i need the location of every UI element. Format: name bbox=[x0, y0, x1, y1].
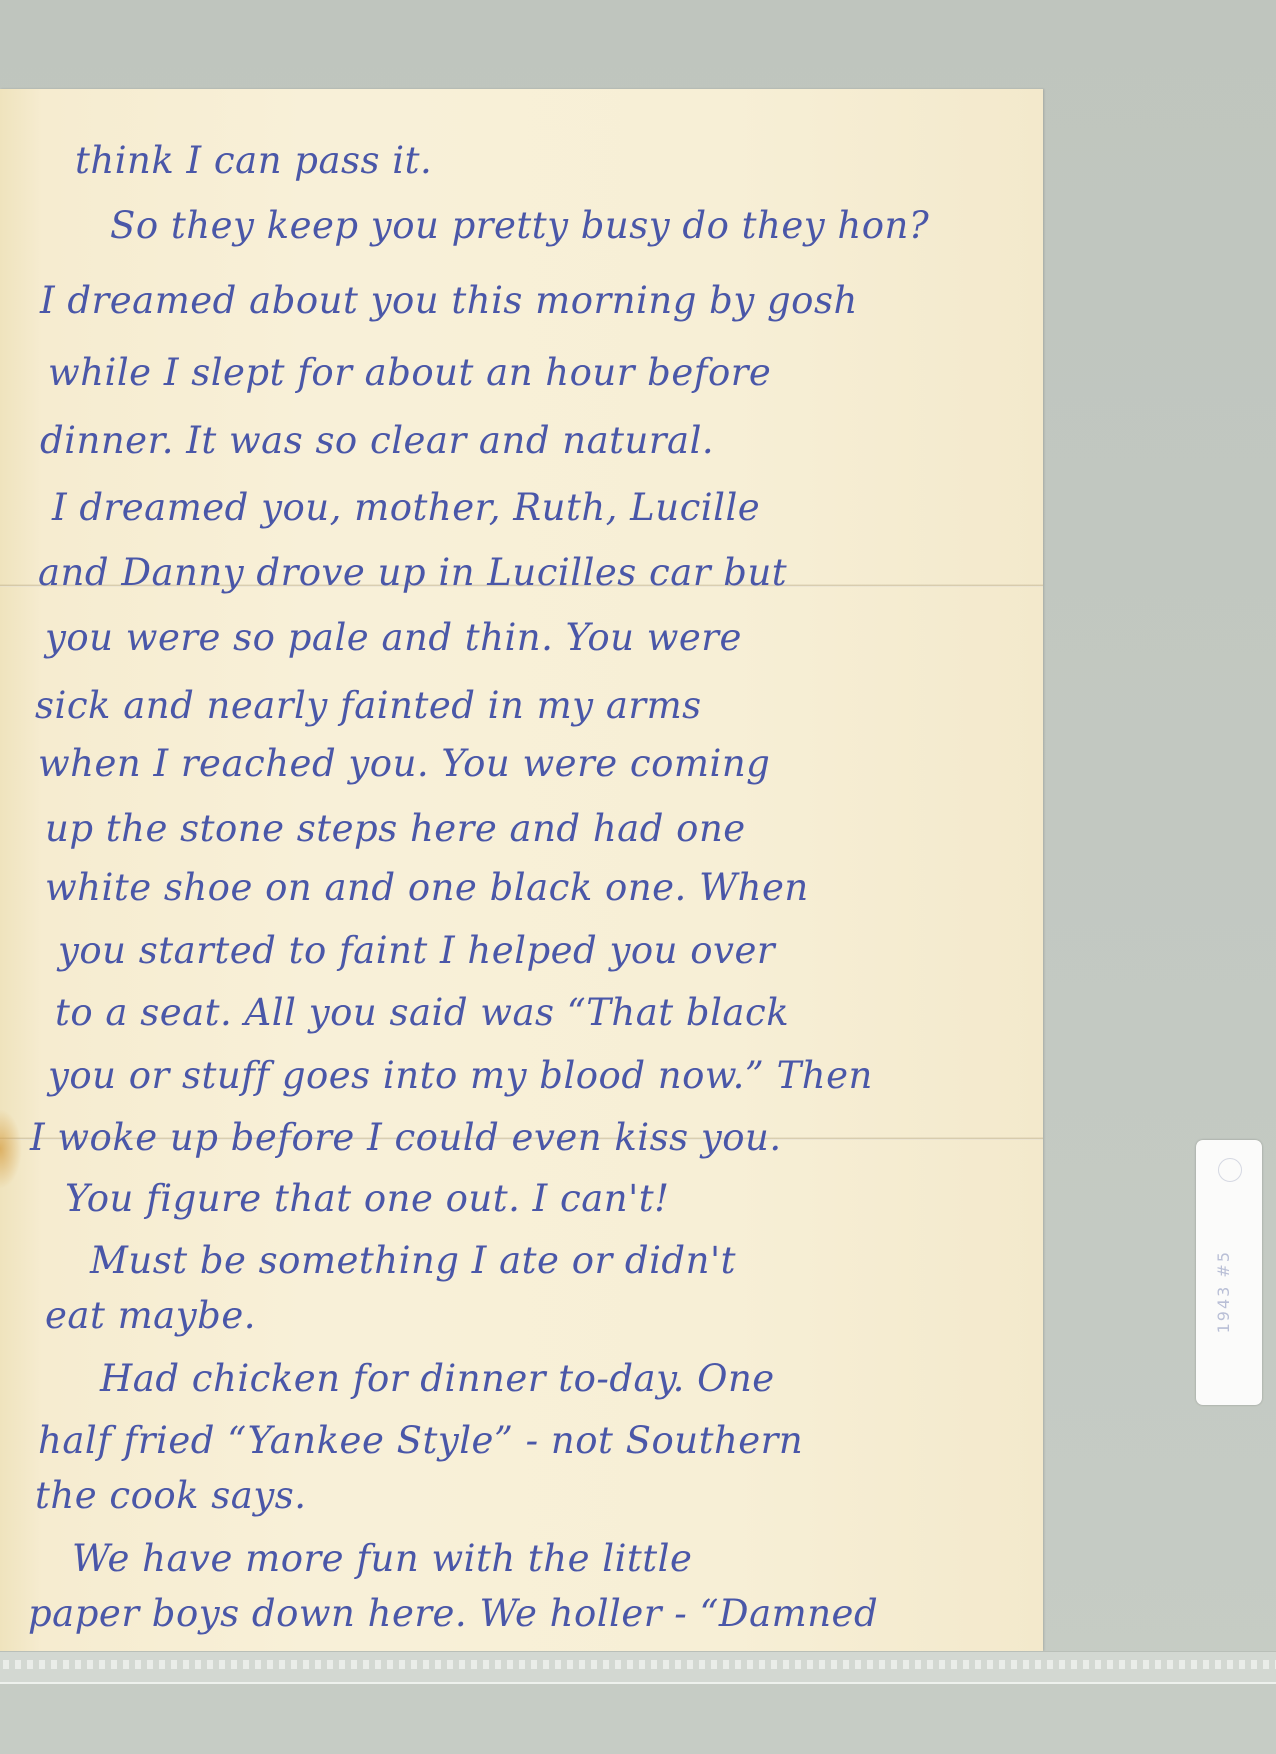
letter-line: Must be something I ate or didn't bbox=[90, 1239, 736, 1282]
letter-page: think I can pass it. So they keep you pr… bbox=[0, 89, 1043, 1651]
letter-line: think I can pass it. bbox=[75, 139, 432, 182]
letter-line: to a seat. All you said was “That black bbox=[55, 991, 789, 1034]
circle-stamp-icon bbox=[1218, 1158, 1242, 1182]
letter-line: when I reached you. You were coming bbox=[38, 742, 770, 785]
letter-line: half fried “Yankee Style” - not Southern bbox=[38, 1419, 803, 1462]
letter-line: you started to faint I helped you over bbox=[58, 929, 775, 972]
letter-line: and Danny drove up in Lucilles car but bbox=[38, 551, 787, 594]
tag-label: 1943 #5 bbox=[1214, 1250, 1233, 1333]
letter-line: paper boys down here. We holler - “Damne… bbox=[28, 1592, 878, 1635]
letter-line: I dreamed about you this morning by gosh bbox=[40, 279, 858, 322]
letter-line: you or stuff goes into my blood now.” Th… bbox=[48, 1054, 873, 1097]
letter-line: I dreamed you, mother, Ruth, Lucille bbox=[52, 486, 760, 529]
letter-line: dinner. It was so clear and natural. bbox=[40, 419, 714, 462]
handwritten-text: think I can pass it. So they keep you pr… bbox=[0, 89, 1043, 1651]
letter-line: I woke up before I could even kiss you. bbox=[30, 1116, 782, 1159]
letter-line: sick and nearly fainted in my arms bbox=[35, 684, 702, 727]
letter-line: white shoe on and one black one. When bbox=[45, 866, 809, 909]
letter-line: You figure that one out. I can't! bbox=[65, 1177, 670, 1220]
plastic-sleeve-edge bbox=[0, 1651, 1276, 1684]
letter-line: So they keep you pretty busy do they hon… bbox=[110, 204, 929, 247]
letter-line: eat maybe. bbox=[45, 1294, 256, 1337]
letter-line: Had chicken for dinner to-day. One bbox=[100, 1357, 775, 1400]
letter-line: the cook says. bbox=[35, 1474, 307, 1517]
letter-line: We have more fun with the little bbox=[72, 1537, 692, 1580]
letter-line: while I slept for about an hour before bbox=[48, 351, 771, 394]
archive-label-tag: 1943 #5 bbox=[1196, 1140, 1262, 1405]
letter-line: you were so pale and thin. You were bbox=[45, 616, 742, 659]
sleeve-perforation bbox=[0, 1660, 1276, 1669]
letter-line: up the stone steps here and had one bbox=[45, 807, 746, 850]
